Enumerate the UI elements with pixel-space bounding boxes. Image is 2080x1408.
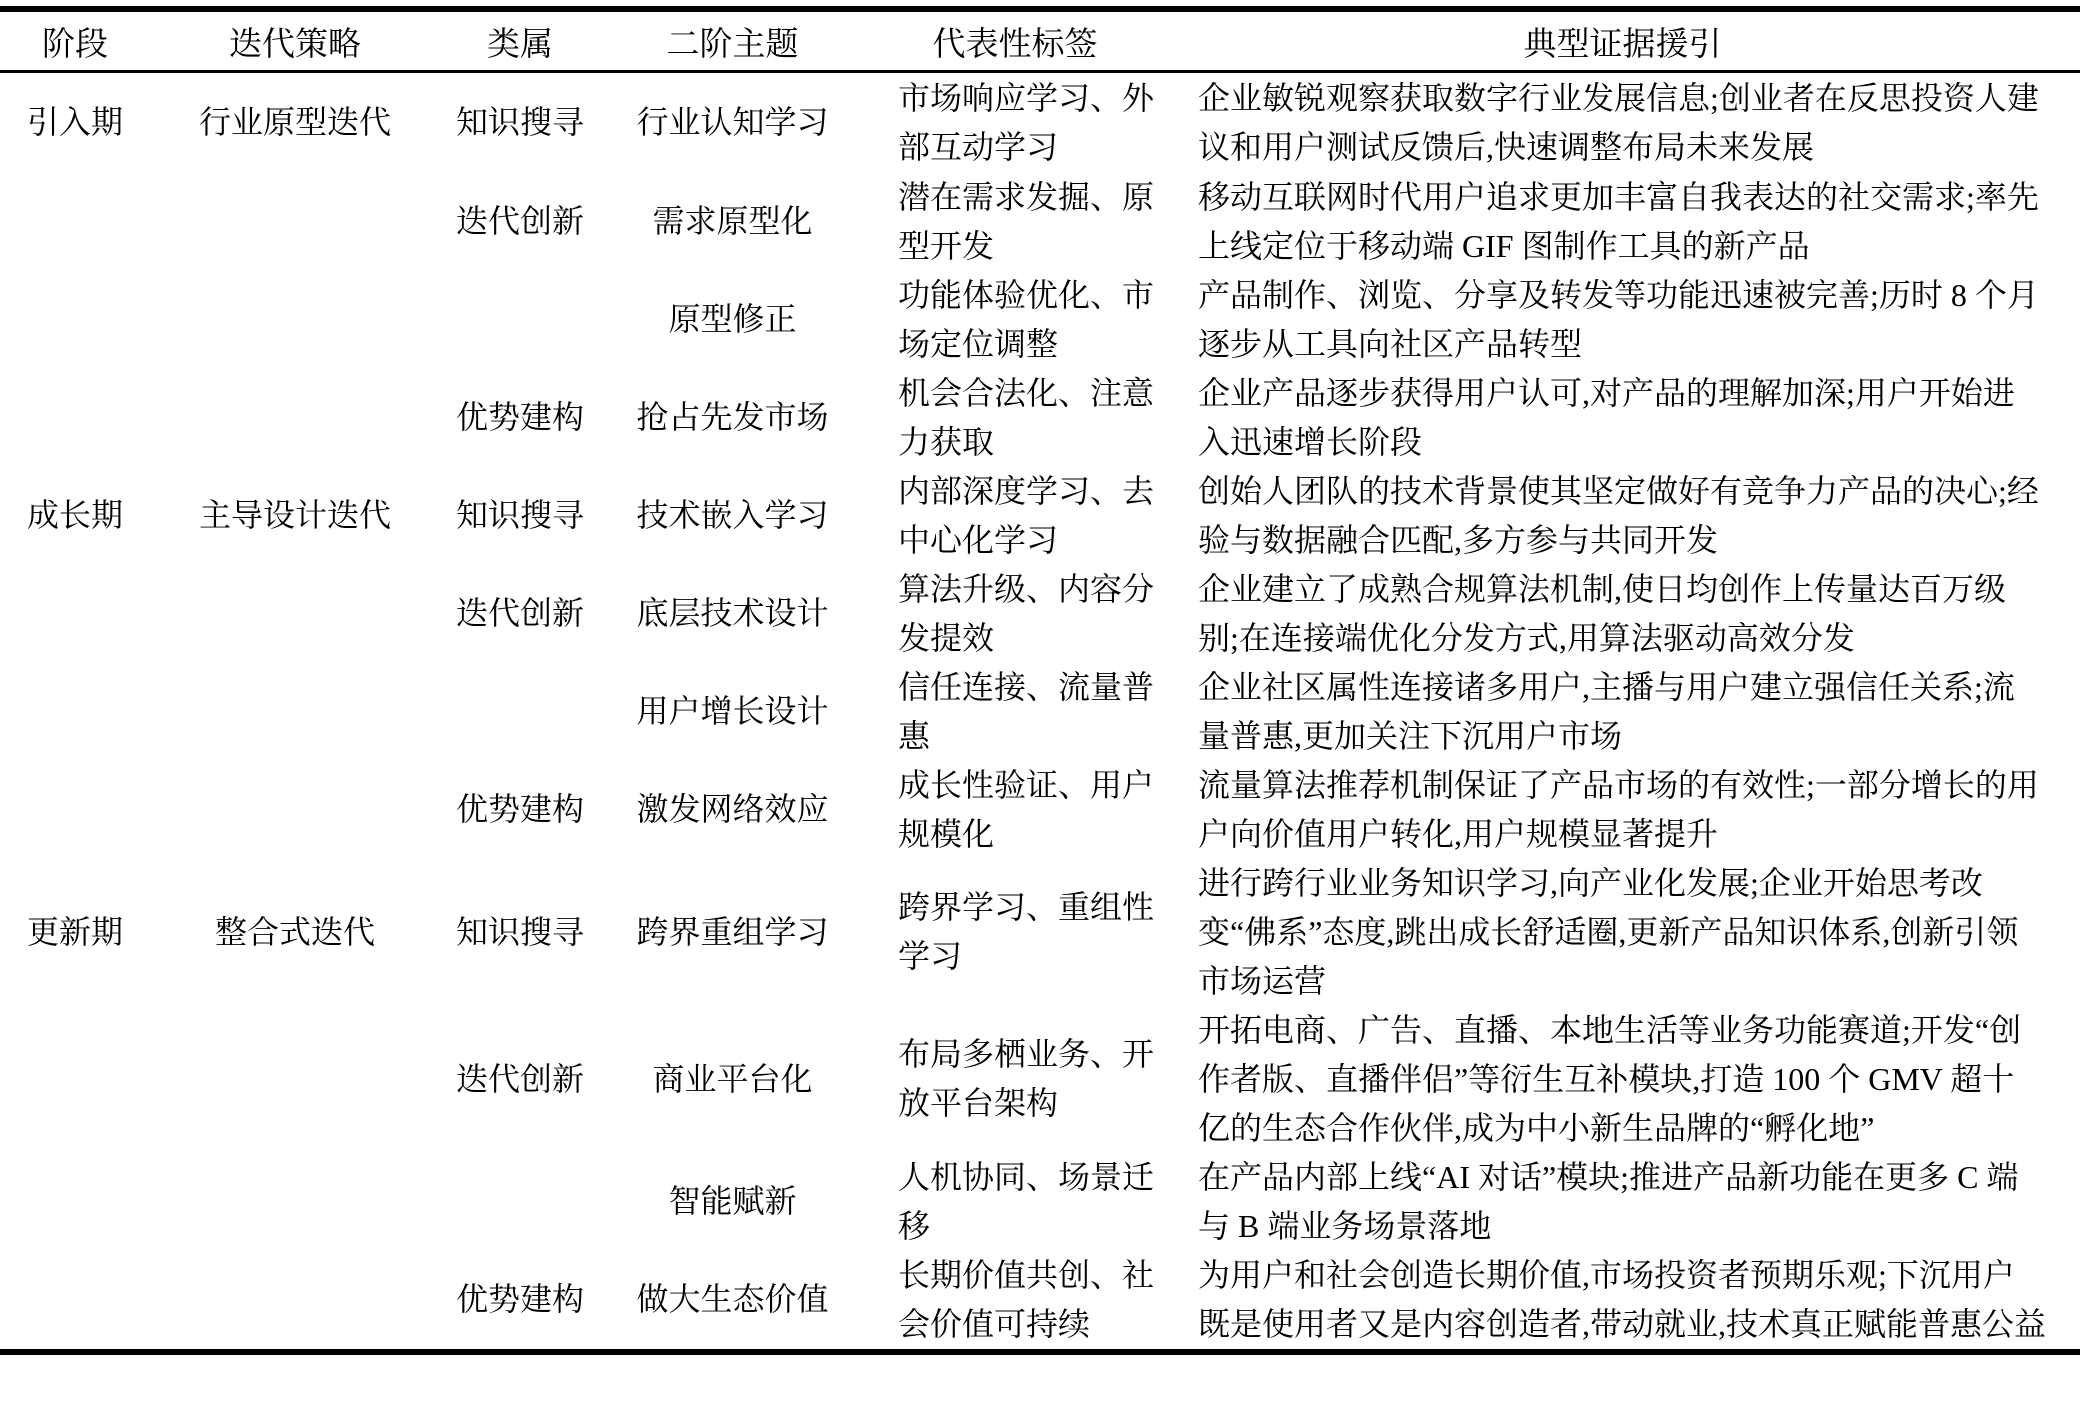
table-row: 成长期主导设计迭代知识搜寻技术嵌入学习内部深度学习、去中心化学习创始人团队的技术…: [0, 467, 2080, 565]
evidence-cell: 企业建立了成熟合规算法机制,使日均创作上传量达百万级别;在连接端优化分发方式,用…: [1165, 565, 2080, 663]
stage-cell: 更新期: [0, 859, 150, 1349]
evidence-cell: 企业社区属性连接诸多用户,主播与用户建立强信任关系;流量普惠,更加关注下沉用户市…: [1165, 663, 2080, 761]
category-cell: 知识搜寻: [440, 72, 600, 173]
coding-table: 阶段 迭代策略 类属 二阶主题 代表性标签 典型证据援引 引入期行业原型迭代知识…: [0, 12, 2080, 1349]
table-header-row: 阶段 迭代策略 类属 二阶主题 代表性标签 典型证据援引: [0, 12, 2080, 72]
category-cell-label: 迭代创新: [440, 1006, 600, 1153]
col-header-strategy: 迭代策略: [150, 12, 440, 72]
paper-table-page: 阶段 迭代策略 类属 二阶主题 代表性标签 典型证据援引 引入期行业原型迭代知识…: [0, 0, 2080, 1408]
table-body: 引入期行业原型迭代知识搜寻行业认知学习市场响应学习、外部互动学习企业敏锐观察获取…: [0, 72, 2080, 1349]
category-cell-label: 优势建构: [440, 1251, 600, 1349]
strategy-cell-label: 整合式迭代: [150, 859, 440, 1006]
table-row: 更新期整合式迭代知识搜寻跨界重组学习跨界学习、重组性学习进行跨行业业务知识学习,…: [0, 859, 2080, 1006]
category-cell-label: 优势建构: [440, 369, 600, 467]
category-cell: 迭代创新: [440, 173, 600, 369]
category-cell-label: 迭代创新: [440, 173, 600, 271]
labels-cell: 布局多栖业务、开放平台架构: [865, 1006, 1165, 1153]
category-cell: 优势建构: [440, 761, 600, 859]
evidence-cell: 开拓电商、广告、直播、本地生活等业务功能赛道;开发“创作者版、直播伴侣”等衍生互…: [1165, 1006, 2080, 1153]
labels-cell: 长期价值共创、社会价值可持续: [865, 1251, 1165, 1349]
theme-cell: 智能赋新: [600, 1153, 865, 1251]
bottom-rule: [0, 1349, 2080, 1355]
category-cell-label: 知识搜寻: [440, 467, 600, 565]
evidence-cell: 流量算法推荐机制保证了产品市场的有效性;一部分增长的用户向价值用户转化,用户规模…: [1165, 761, 2080, 859]
labels-cell: 成长性验证、用户规模化: [865, 761, 1165, 859]
labels-cell: 跨界学习、重组性学习: [865, 859, 1165, 1006]
theme-cell: 需求原型化: [600, 173, 865, 271]
stage-cell: 成长期: [0, 467, 150, 859]
theme-cell: 底层技术设计: [600, 565, 865, 663]
labels-cell: 潜在需求发掘、原型开发: [865, 173, 1165, 271]
strategy-cell: 主导设计迭代: [150, 467, 440, 859]
theme-cell: 用户增长设计: [600, 663, 865, 761]
theme-cell: 做大生态价值: [600, 1251, 865, 1349]
col-header-theme: 二阶主题: [600, 12, 865, 72]
strategy-cell: 行业原型迭代: [150, 72, 440, 467]
category-cell: 迭代创新: [440, 565, 600, 761]
strategy-cell: 整合式迭代: [150, 859, 440, 1349]
evidence-cell: 为用户和社会创造长期价值,市场投资者预期乐观;下沉用户既是使用者又是内容创造者,…: [1165, 1251, 2080, 1349]
strategy-cell-label: 行业原型迭代: [150, 73, 440, 173]
category-cell: 优势建构: [440, 369, 600, 467]
theme-cell: 技术嵌入学习: [600, 467, 865, 565]
labels-cell: 算法升级、内容分发提效: [865, 565, 1165, 663]
theme-cell: 激发网络效应: [600, 761, 865, 859]
category-cell: 迭代创新: [440, 1006, 600, 1251]
evidence-cell: 进行跨行业业务知识学习,向产业化发展;企业开始思考改变“佛系”态度,跳出成长舒适…: [1165, 859, 2080, 1006]
theme-cell: 抢占先发市场: [600, 369, 865, 467]
theme-cell: 原型修正: [600, 271, 865, 369]
table-row: 引入期行业原型迭代知识搜寻行业认知学习市场响应学习、外部互动学习企业敏锐观察获取…: [0, 72, 2080, 173]
evidence-cell: 企业产品逐步获得用户认可,对产品的理解加深;用户开始进入迅速增长阶段: [1165, 369, 2080, 467]
stage-cell-label: 更新期: [0, 859, 150, 1006]
labels-cell: 内部深度学习、去中心化学习: [865, 467, 1165, 565]
labels-cell: 机会合法化、注意力获取: [865, 369, 1165, 467]
labels-cell: 信任连接、流量普惠: [865, 663, 1165, 761]
labels-cell: 功能体验优化、市场定位调整: [865, 271, 1165, 369]
category-cell: 知识搜寻: [440, 859, 600, 1006]
stage-cell: 引入期: [0, 72, 150, 467]
category-cell-label: 迭代创新: [440, 565, 600, 663]
evidence-cell: 创始人团队的技术背景使其坚定做好有竞争力产品的决心;经验与数据融合匹配,多方参与…: [1165, 467, 2080, 565]
evidence-cell: 移动互联网时代用户追求更加丰富自我表达的社交需求;率先上线定位于移动端 GIF …: [1165, 173, 2080, 271]
theme-cell: 跨界重组学习: [600, 859, 865, 1006]
category-cell-label: 知识搜寻: [440, 859, 600, 1006]
theme-cell: 行业认知学习: [600, 72, 865, 173]
col-header-labels: 代表性标签: [865, 12, 1165, 72]
evidence-cell: 企业敏锐观察获取数字行业发展信息;创业者在反思投资人建议和用户测试反馈后,快速调…: [1165, 72, 2080, 173]
category-cell: 知识搜寻: [440, 467, 600, 565]
labels-cell: 人机协同、场景迁移: [865, 1153, 1165, 1251]
col-header-category: 类属: [440, 12, 600, 72]
col-header-evidence: 典型证据援引: [1165, 12, 2080, 72]
stage-cell-label: 成长期: [0, 467, 150, 565]
evidence-cell: 在产品内部上线“AI 对话”模块;推进产品新功能在更多 C 端与 B 端业务场景…: [1165, 1153, 2080, 1251]
category-cell-label: 知识搜寻: [440, 73, 600, 173]
stage-cell-label: 引入期: [0, 73, 150, 173]
theme-cell: 商业平台化: [600, 1006, 865, 1153]
category-cell-label: 优势建构: [440, 761, 600, 859]
strategy-cell-label: 主导设计迭代: [150, 467, 440, 565]
labels-cell: 市场响应学习、外部互动学习: [865, 72, 1165, 173]
col-header-stage: 阶段: [0, 12, 150, 72]
category-cell: 优势建构: [440, 1251, 600, 1349]
evidence-cell: 产品制作、浏览、分享及转发等功能迅速被完善;历时 8 个月逐步从工具向社区产品转…: [1165, 271, 2080, 369]
